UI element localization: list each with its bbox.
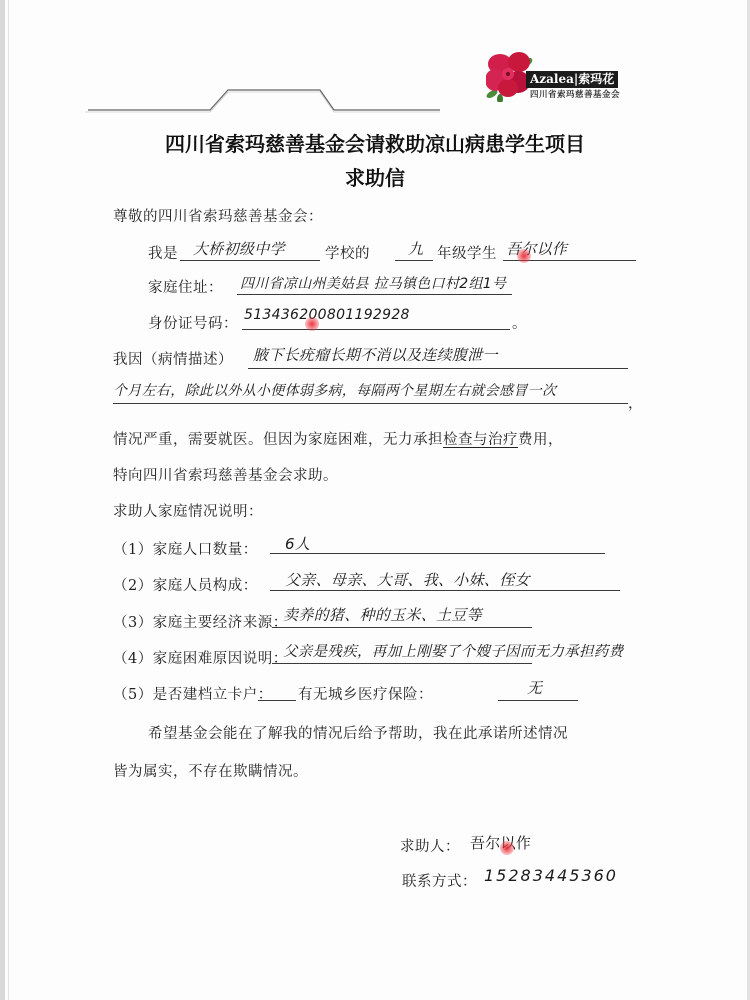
school-underline (180, 260, 320, 261)
applicant-label: 求助人： (400, 835, 460, 856)
condition-line2-field[interactable]: 个月左右，除此以外从小便体弱多病，每隔两个星期左右就会感冒一次 (113, 380, 556, 400)
income-source-underline (272, 627, 532, 628)
insurance-label: 有无城乡医疗保险： (298, 683, 433, 704)
insurance-field[interactable]: 无 (527, 677, 542, 698)
closing-line2: 皆为属实，不存在欺瞒情况。 (113, 760, 308, 781)
family-size-field[interactable]: 6人 (285, 533, 310, 554)
address-field[interactable]: 四川省凉山州美姑县 拉马镇色口村2组1号 (240, 273, 506, 293)
statement-line1: 情况严重，需要就医。但因为家庭困难，无力承担检查与治疗费用， (113, 428, 563, 449)
grade-field[interactable]: 九 (408, 238, 423, 259)
document-title: 四川省索玛慈善基金会请救助凉山病患学生项目 (0, 128, 750, 157)
family-item-label: （1）家庭人口数量： (113, 538, 258, 559)
income-source-field[interactable]: 卖养的猪、种的玉米、土豆等 (283, 604, 482, 625)
red-fingerprint-stamp (305, 317, 319, 331)
intro-prefix: 我是 (148, 242, 178, 263)
family-item-label: （3）家庭主要经济来源： (113, 611, 288, 632)
id-number-label: 身份证号码： (148, 312, 238, 333)
statement-line2: 特向四川省索玛慈善基金会求助。 (113, 464, 338, 485)
red-fingerprint-stamp (517, 249, 531, 263)
foundation-logo: Azalea|索玛花 四川省索玛慈善基金会 (486, 50, 646, 102)
red-fingerprint-stamp (500, 841, 514, 855)
salutation: 尊敬的四川省索玛慈善基金会： (113, 205, 323, 226)
contact-label: 联系方式： (402, 870, 477, 891)
school-suffix: 学校的 (325, 242, 370, 263)
hardship-reason-underline (272, 663, 532, 664)
closing-line1: 希望基金会能在了解我的情况后给予帮助，我在此承诺所述情况 (148, 722, 568, 743)
poverty-registration-underline (258, 700, 296, 701)
student-name-field[interactable]: 吾尔以作 (506, 238, 567, 259)
family-members-field[interactable]: 父亲、母亲、大哥、我、小妹、侄女 (285, 569, 530, 590)
condition-label: 我因（病情描述） (113, 348, 233, 369)
address-label: 家庭住址： (148, 276, 223, 297)
school-name-field[interactable]: 大桥初级中学 (193, 238, 285, 259)
family-item-label: （5）是否建档立卡户： (113, 683, 273, 704)
family-item-label: （2）家庭人员构成： (113, 574, 258, 595)
insurance-underline (498, 700, 578, 701)
hardship-reason-field[interactable]: 父亲是残疾，再加上刚娶了个嫂子因而无力承担药费 (283, 640, 623, 661)
logo-org-name: 四川省索玛慈善基金会 (530, 88, 620, 100)
condition-line1-field[interactable]: 腋下长疣瘤长期不消以及连续腹泄一 (253, 344, 498, 365)
family-size-underline (270, 553, 605, 554)
condition-line1-underline (248, 368, 628, 369)
grade-underline (395, 260, 433, 261)
condition-end: ， (628, 392, 643, 413)
address-underline (237, 294, 512, 295)
logo-brand-text: Azalea|索玛花 (526, 71, 618, 88)
contact-phone[interactable]: 15283445360 (484, 866, 618, 885)
document-subtitle: 求助信 (0, 162, 750, 191)
id-number-end: 。 (512, 312, 527, 333)
family-item-label: （4）家庭困难原因说明： (113, 647, 288, 668)
id-number-field[interactable]: 513436200801192928 (244, 307, 410, 323)
id-number-underline (242, 329, 510, 330)
condition-line2-underline (113, 403, 628, 404)
grade-suffix: 年级学生 (437, 242, 497, 263)
family-members-underline (270, 590, 620, 591)
family-section-header: 求助人家庭情况说明： (113, 500, 263, 521)
